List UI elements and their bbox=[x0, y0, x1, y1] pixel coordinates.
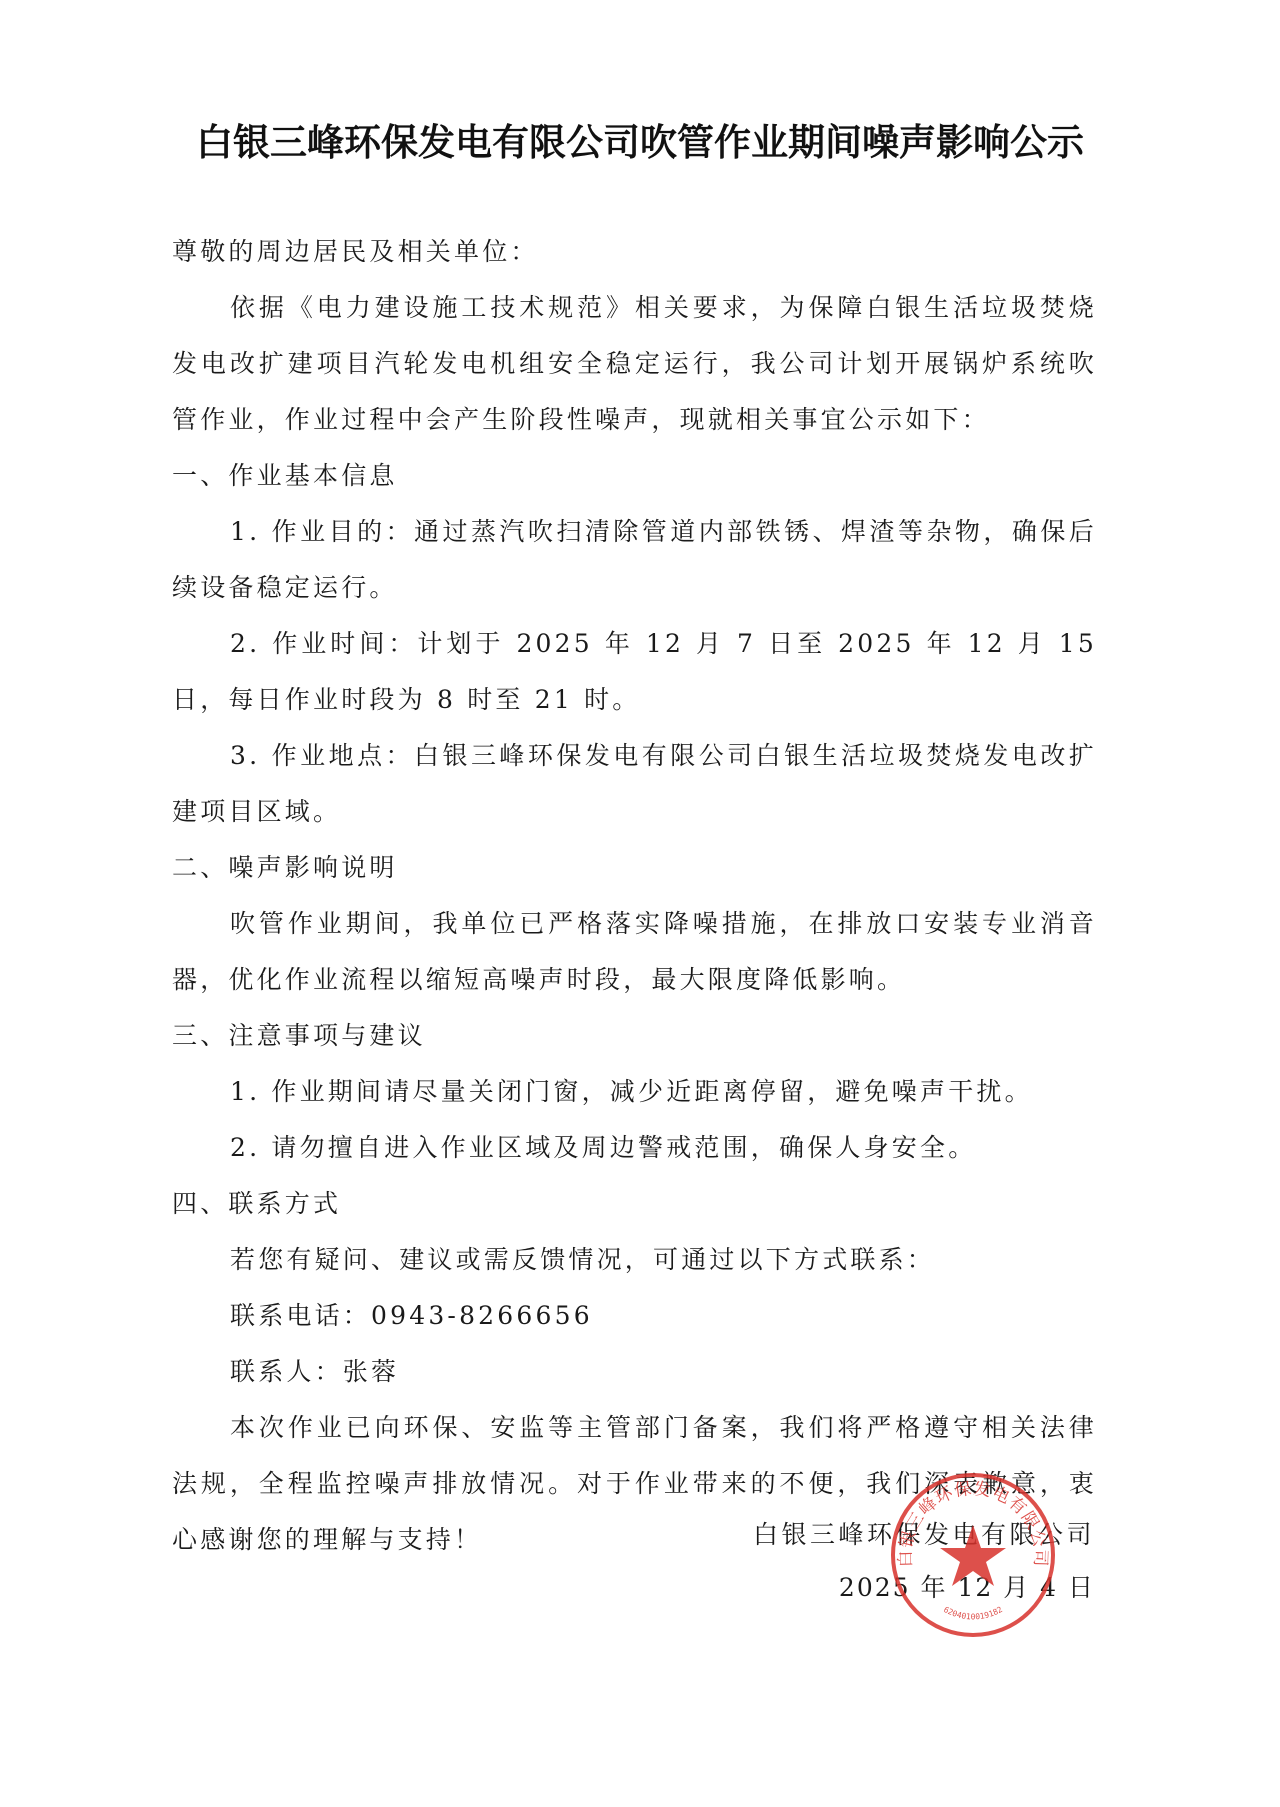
intro-paragraph: 依据《电力建设施工技术规范》相关要求，为保障白银生活垃圾焚烧发电改扩建项目汽轮发… bbox=[172, 280, 1097, 448]
contact-phone: 联系电话：0943-8266656 bbox=[172, 1288, 1097, 1344]
section-heading-4: 四、联系方式 bbox=[172, 1176, 1097, 1232]
section-1-item-2: 2. 作业时间：计划于 2025 年 12 月 7 日至 2025 年 12 月… bbox=[172, 616, 1097, 728]
company-seal-icon: 白银三峰环保发电有限公司 6204010019182 bbox=[888, 1470, 1058, 1640]
section-2-item-1: 吹管作业期间，我单位已严格落实降噪措施，在排放口安装专业消音器，优化作业流程以缩… bbox=[172, 896, 1097, 1008]
contact-person: 联系人：张蓉 bbox=[172, 1344, 1097, 1400]
section-1-item-3: 3. 作业地点：白银三峰环保发电有限公司白银生活垃圾焚烧发电改扩建项目区域。 bbox=[172, 728, 1097, 840]
section-heading-3: 三、注意事项与建议 bbox=[172, 1008, 1097, 1064]
section-1-item-1: 1. 作业目的：通过蒸汽吹扫清除管道内部铁锈、焊渣等杂物，确保后续设备稳定运行。 bbox=[172, 504, 1097, 616]
section-heading-2: 二、噪声影响说明 bbox=[172, 840, 1097, 896]
seal-code: 6204010019182 bbox=[942, 1605, 1004, 1622]
section-3-item-2: 2. 请勿擅自进入作业区域及周边警戒范围，确保人身安全。 bbox=[172, 1120, 1097, 1176]
section-3-item-1: 1. 作业期间请尽量关闭门窗，减少近距离停留，避免噪声干扰。 bbox=[172, 1064, 1097, 1120]
salutation: 尊敬的周边居民及相关单位： bbox=[172, 224, 1097, 280]
document-body: 尊敬的周边居民及相关单位： 依据《电力建设施工技术规范》相关要求，为保障白银生活… bbox=[172, 224, 1097, 1568]
contact-intro: 若您有疑问、建议或需反馈情况，可通过以下方式联系： bbox=[172, 1232, 1097, 1288]
svg-text:6204010019182: 6204010019182 bbox=[942, 1605, 1004, 1622]
section-heading-1: 一、作业基本信息 bbox=[172, 448, 1097, 504]
document-title: 白银三峰环保发电有限公司吹管作业期间噪声影响公示 bbox=[0, 112, 1280, 166]
